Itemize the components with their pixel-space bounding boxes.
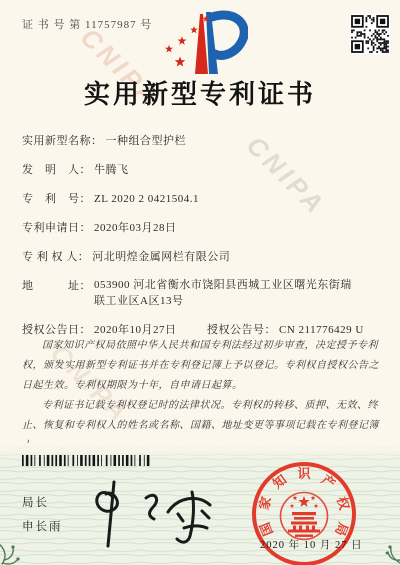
- field-row-address: 地 址：053900 河北省衡水市饶阳县西城工业区曙光东街瑞联工业区A区13号: [22, 277, 384, 321]
- certificate-title: 实用新型专利证书: [0, 74, 400, 111]
- patent-certificate-page: CNIPA CNIPA CNIPA 证 书 号 第 11757987 号 实用新…: [0, 0, 400, 565]
- barcode: [22, 455, 152, 466]
- svg-text:家: 家: [256, 495, 274, 512]
- legal-paragraph-1: 国家知识产权局依照中华人民共和国专利法经过初步审查，决定授予专利权，颁发实用新型…: [22, 336, 380, 396]
- qr-code: [350, 14, 390, 54]
- director-name: 申长雨: [22, 518, 63, 534]
- field-label: 授权公告号：: [207, 324, 276, 336]
- field-label: 地 址：: [22, 280, 91, 292]
- corner-ornament-left: [0, 540, 24, 565]
- field-value: CN 211776429 U: [279, 324, 364, 336]
- field-row-patentee: 专 利 权 人：河北明煌金属网栏有限公司: [22, 248, 384, 277]
- field-row-inventor: 发 明 人：牛腾飞: [22, 161, 384, 190]
- logo-red-wedge: [195, 14, 208, 74]
- certificate-fields: 实用新型名称：一种组合型护栏 发 明 人：牛腾飞 专 利 号：ZL 2020 2…: [22, 132, 384, 341]
- director-signature: [88, 476, 228, 552]
- seal-date: 2020 年 10 月 27 日: [260, 537, 363, 552]
- field-label: 专 利 权 人：: [22, 251, 89, 263]
- field-row-filing-date: 专利申请日：2020年03月28日: [22, 219, 384, 248]
- field-label: 发 明 人：: [22, 164, 91, 176]
- logo-blue-bowl: [212, 15, 244, 55]
- field-value: 053900 河北省衡水市饶阳县西城工业区曙光东街瑞联工业区A区13号: [94, 277, 360, 309]
- field-value: 2020年03月28日: [94, 222, 177, 234]
- field-value: 2020年10月27日: [94, 324, 177, 336]
- field-label: 实用新型名称：: [22, 135, 103, 147]
- field-value: 牛腾飞: [94, 164, 129, 176]
- field-value: ZL 2020 2 0421504.1: [94, 193, 199, 205]
- svg-text:识: 识: [297, 466, 311, 481]
- corner-ornament-right: [382, 544, 400, 565]
- grant-date-pair: 授权公告日：2020年10月27日: [22, 324, 177, 336]
- certificate-number: 证 书 号 第 11757987 号: [22, 16, 152, 32]
- field-label: 授权公告日：: [22, 324, 91, 336]
- field-row-name: 实用新型名称：一种组合型护栏: [22, 132, 384, 161]
- svg-text:局: 局: [332, 520, 351, 538]
- national-emblem: [288, 512, 320, 537]
- field-value: 一种组合型护栏: [106, 135, 187, 147]
- svg-text:权: 权: [334, 495, 352, 512]
- field-value: 河北明煌金属网栏有限公司: [92, 251, 230, 263]
- field-row-patent-number: 专 利 号：ZL 2020 2 0421504.1: [22, 190, 384, 219]
- field-label: 专利申请日：: [22, 222, 91, 234]
- grant-number-pair: 授权公告号：CN 211776429 U: [207, 321, 364, 337]
- legal-text: 国家知识产权局依照中华人民共和国专利法经过初步审查，决定授予专利权，颁发实用新型…: [22, 336, 380, 456]
- svg-text:国: 国: [257, 520, 276, 538]
- field-label: 专 利 号：: [22, 193, 91, 205]
- cnipa-logo: [158, 10, 248, 82]
- director-title: 局长: [22, 494, 49, 510]
